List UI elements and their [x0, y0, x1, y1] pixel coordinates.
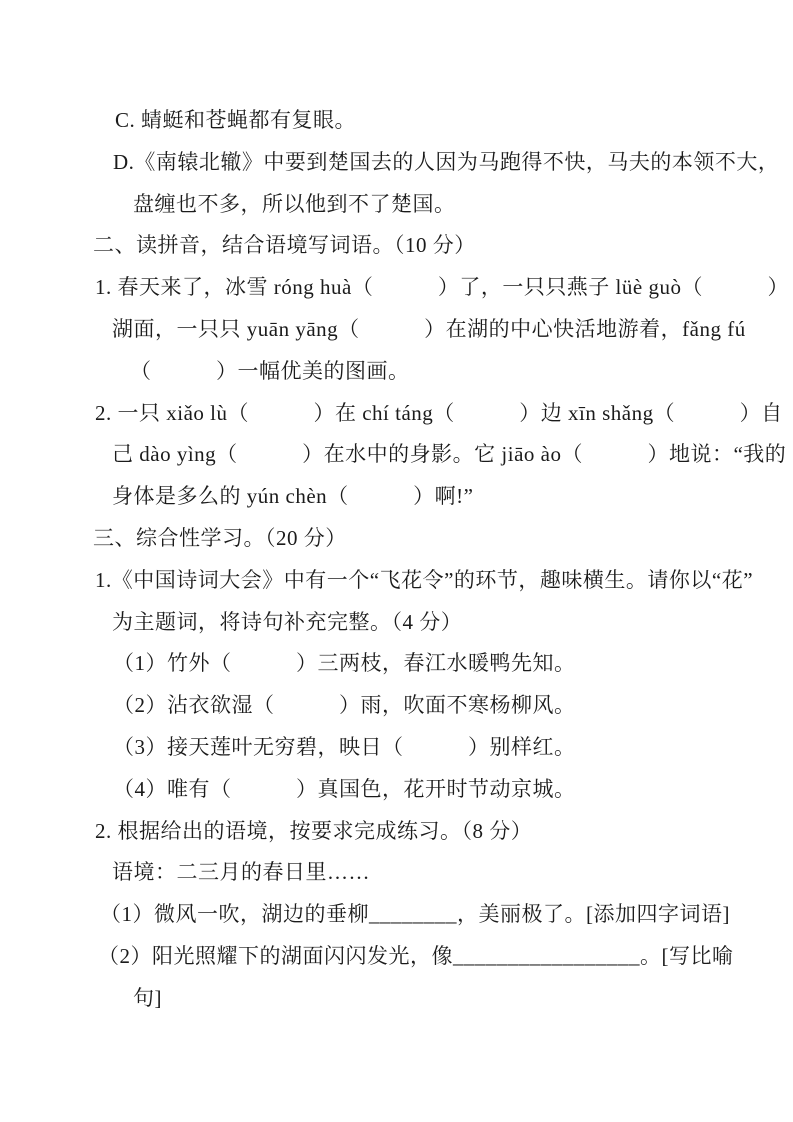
q3-item1-line1: 1.《中国诗词大会》中有一个“飞花令”的环节，趣味横生。请你以“花”: [0, 560, 793, 602]
option-d: D.《南辕北辙》中要到楚国去的人因为马跑得不快，马夫的本领不大，: [0, 142, 793, 184]
option-c: C. 蜻蜓和苍蝇都有复眼。: [0, 100, 793, 142]
q3-item2-line1: 2. 根据给出的语境，按要求完成练习。（8 分）: [0, 811, 793, 853]
q3-item1-sub1: （1）竹外（ ）三两枝，春江水暖鸭先知。: [0, 643, 793, 685]
q2-item2-line1: 2. 一只 xiǎo lù（ ）在 chí táng（ ）边 xīn shǎng…: [0, 393, 793, 435]
option-d-cont: 盘缠也不多，所以他到不了楚国。: [0, 184, 793, 226]
q3-item1-sub3: （3）接天莲叶无穷碧，映日（ ）别样红。: [0, 727, 793, 769]
q3-item1-sub2: （2）沾衣欲湿（ ）雨，吹面不寒杨柳风。: [0, 685, 793, 727]
q3-item1-line2: 为主题词，将诗句补充完整。（4 分）: [0, 602, 793, 644]
section-3-heading: 三、综合性学习。（20 分）: [0, 518, 793, 560]
q2-item1-line3: （ ）一幅优美的图画。: [0, 351, 793, 393]
q3-item2-context: 语境：二三月的春日里……: [0, 852, 793, 894]
q3-item1-sub4: （4）唯有（ ）真国色，花开时节动京城。: [0, 769, 793, 811]
q2-item1-line2: 湖面，一只只 yuān yāng（ ）在湖的中心快活地游着，fǎng fú: [0, 309, 793, 351]
section-2-heading: 二、读拼音，结合语境写词语。（10 分）: [0, 225, 793, 267]
q3-item2-sub1: （1）微风一吹，湖边的垂柳________，美丽极了。[添加四字词语]: [0, 894, 793, 936]
q3-item2-sub2-cont: 句]: [0, 978, 793, 1020]
exam-paper-page: C. 蜻蜓和苍蝇都有复眼。 D.《南辕北辙》中要到楚国去的人因为马跑得不快，马夫…: [0, 0, 793, 1122]
q2-item1-line1: 1. 春天来了，冰雪 róng huà（ ）了，一只只燕子 lüè guò（ ）: [0, 267, 793, 309]
q2-item2-line3: 身体是多么的 yún chèn（ ）啊!”: [0, 476, 793, 518]
exam-text-block: C. 蜻蜓和苍蝇都有复眼。 D.《南辕北辙》中要到楚国去的人因为马跑得不快，马夫…: [0, 0, 793, 1020]
q3-item2-sub2: （2）阳光照耀下的湖面闪闪发光，像_________________。[写比喻: [0, 936, 793, 978]
q2-item2-line2: 己 dào yìng（ ）在水中的身影。它 jiāo ào（ ）地说：“我的: [0, 434, 793, 476]
